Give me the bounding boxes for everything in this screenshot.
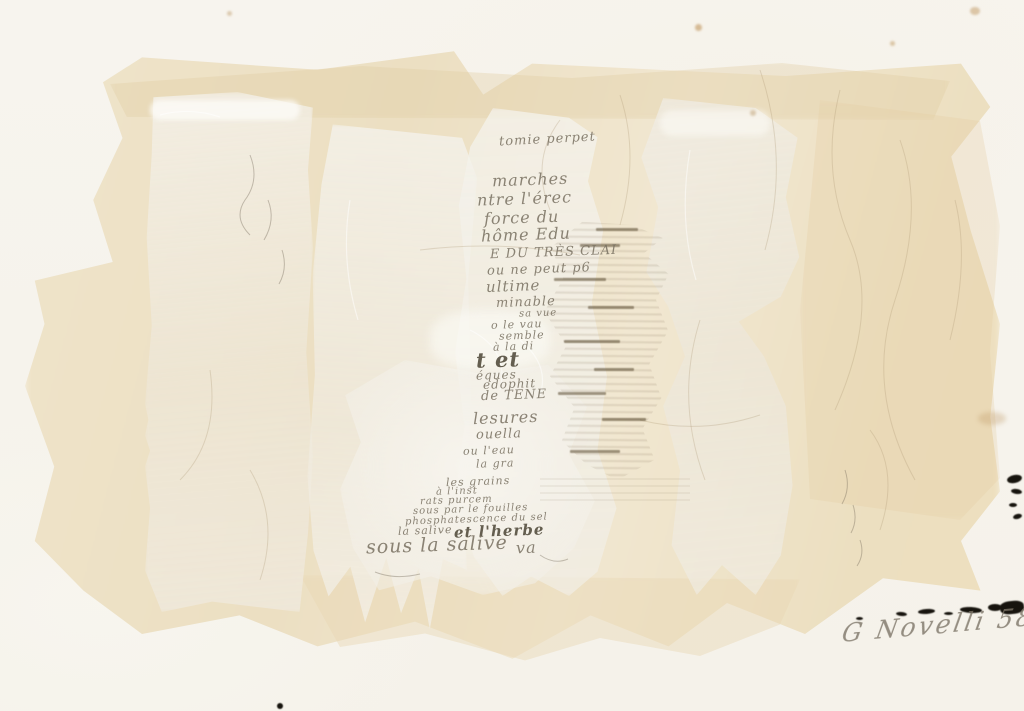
typescript-faint-strip xyxy=(540,478,690,504)
typescript-bold-line xyxy=(596,228,638,231)
handwritten-line: de TENE xyxy=(481,388,548,403)
handwritten-line: la gra xyxy=(476,457,515,469)
fox-spot xyxy=(227,11,232,16)
fox-spot xyxy=(890,41,895,46)
typescript-bold-line xyxy=(570,450,620,453)
handwritten-line: hôme Edu xyxy=(481,225,571,244)
typescript-bold-line xyxy=(594,368,634,371)
handwritten-line: marches xyxy=(492,171,569,190)
fox-spot xyxy=(695,24,702,31)
handwritten-line: ultime xyxy=(486,278,541,295)
fox-spot xyxy=(750,110,756,116)
handwritten-line: va xyxy=(516,540,537,557)
stain-right-edge xyxy=(978,412,1006,425)
ink-dot-bottom xyxy=(277,703,283,709)
handwritten-line: ouella xyxy=(476,427,522,442)
typescript-bold-line xyxy=(558,392,606,395)
ink-smudge xyxy=(1009,503,1017,507)
typescript-bold-line xyxy=(564,340,620,343)
handwritten-line: sous la salive xyxy=(366,534,508,558)
typescript-bold-line xyxy=(602,418,646,421)
handwritten-line: lesures xyxy=(473,409,539,427)
artwork-photo: tomie perpet marches ntre l'érec force d… xyxy=(0,0,1024,711)
fox-spot xyxy=(970,7,980,15)
typescript-bold-line xyxy=(588,306,634,309)
typescript-bold-line xyxy=(554,278,606,281)
handwritten-line: ou l'eau xyxy=(463,444,515,457)
